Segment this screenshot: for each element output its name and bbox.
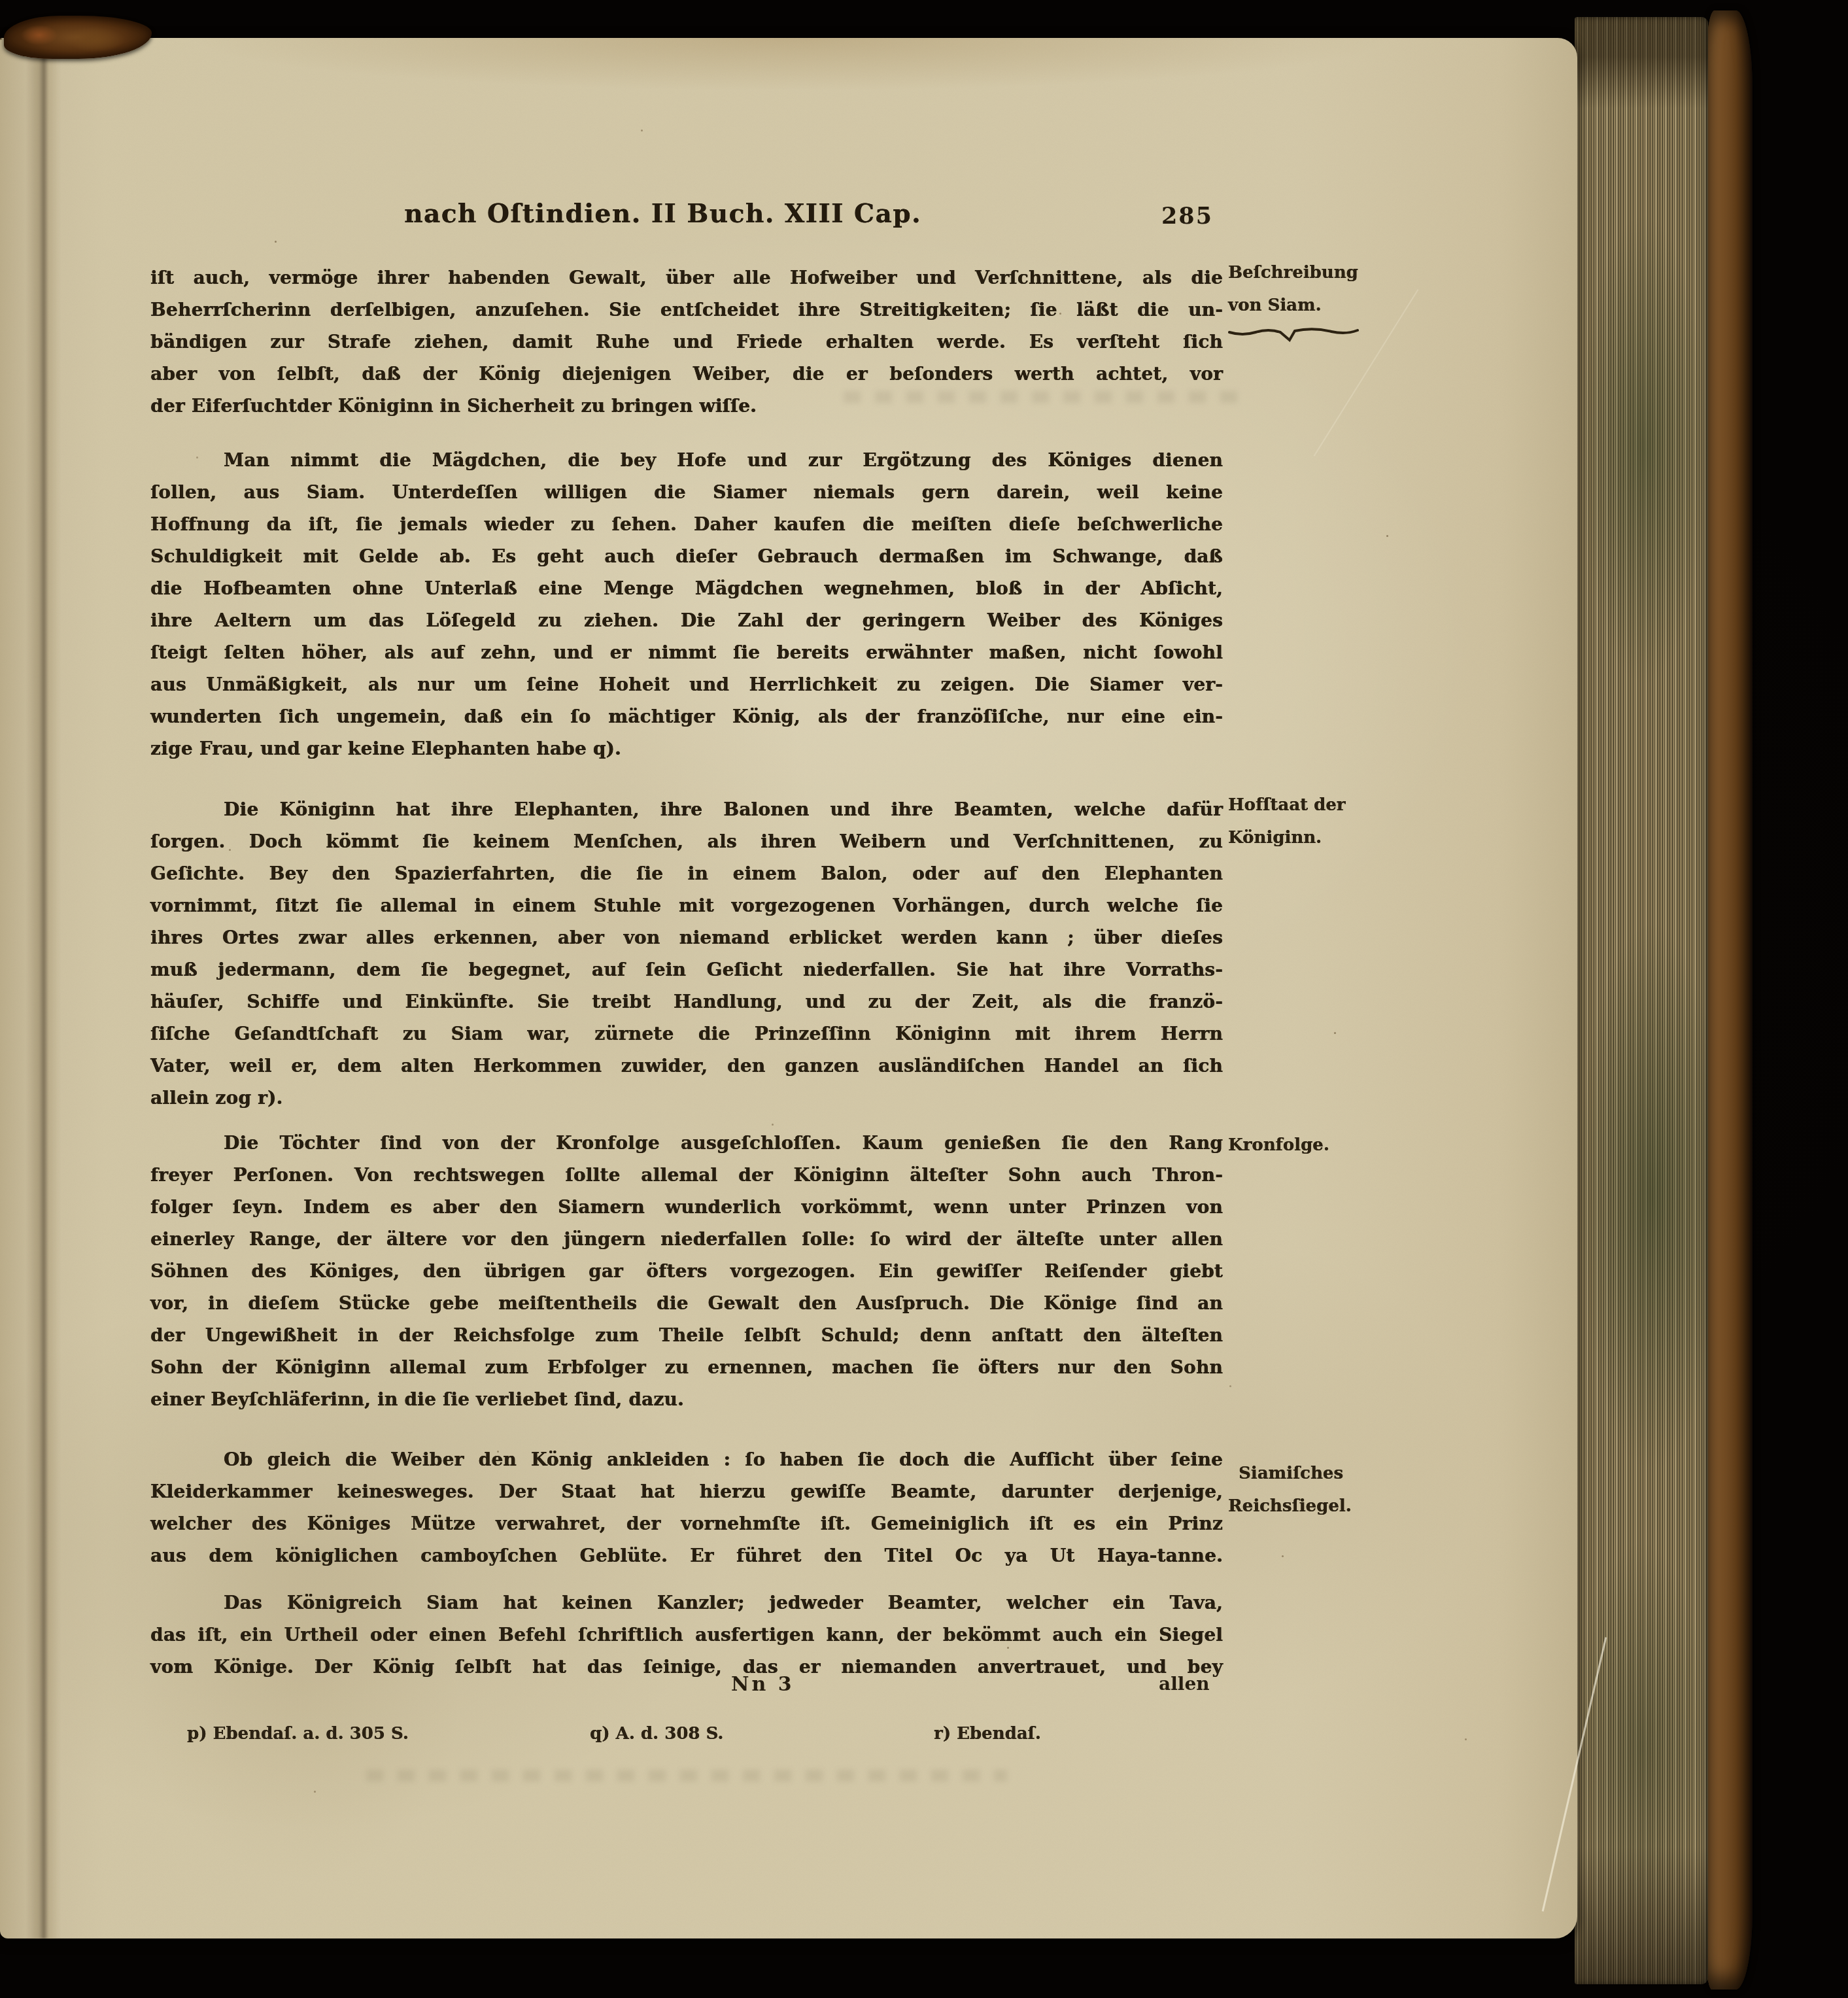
text-line: aus Unmäßigkeit, als nur um ſeine Hoheit… xyxy=(150,668,1223,700)
text-line: wunderten ſich ungemein, daß ein ſo mäch… xyxy=(150,700,1223,732)
text-line: vom Könige. Der König ſelbſt hat das ſei… xyxy=(150,1651,1223,1683)
text-line: freyer Perſonen. Von rechtswegen ſollte … xyxy=(150,1159,1223,1191)
text-line: allein zog r). xyxy=(150,1082,1223,1114)
catchword: allen xyxy=(1159,1673,1210,1695)
text-line: Die Königinn hat ihre Elephanten, ihre B… xyxy=(150,793,1223,825)
footnote: r) Ebendaſ. xyxy=(934,1724,1041,1744)
body-paragraph: Man nimmt die Mägdchen, die bey Hofe und… xyxy=(150,444,1223,765)
text-line: muß jedermann, dem ſie begegnet, auf ſei… xyxy=(150,954,1223,986)
flourish-underline xyxy=(1228,326,1359,343)
book-page: nach Oſtindien. II Buch. XIII Cap. 285 i… xyxy=(0,38,1577,1938)
text-line: der Ungewißheit in der Reichsfolge zum T… xyxy=(150,1319,1223,1351)
text-line: häuſer, Schiffe und Einkünfte. Sie treib… xyxy=(150,986,1223,1018)
text-line: aus dem königlichen camboyſchen Geblüte.… xyxy=(150,1540,1223,1572)
text-line: ſollen, aus Siam. Unterdeſſen willigen d… xyxy=(150,476,1223,508)
text-line: Die Töchter ſind von der Kronfolge ausge… xyxy=(150,1127,1223,1159)
text-line: einer Beyſchläferinn, in die ſie verlieb… xyxy=(150,1383,1223,1415)
text-line: das iſt, ein Urtheil oder einen Befehl ſ… xyxy=(150,1619,1223,1651)
margin-note-line: Kronfolge. xyxy=(1228,1129,1372,1162)
margin-note-line: Königinn. xyxy=(1228,821,1372,854)
text-line: Hoffnung da iſt, ſie jemals wieder zu ſe… xyxy=(150,508,1223,540)
text-line: aber von ſelbſt, daß der König diejenige… xyxy=(150,358,1223,390)
text-line: ſorgen. Doch kömmt ſie keinem Menſchen, … xyxy=(150,825,1223,857)
margin-note: Kronfolge. xyxy=(1228,1129,1372,1162)
text-line: Ob gleich die Weiber den König ankleiden… xyxy=(150,1443,1223,1475)
margin-note-line: Hofſtaat der xyxy=(1228,789,1372,821)
book-scan: nach Oſtindien. II Buch. XIII Cap. 285 i… xyxy=(0,0,1848,1998)
footnote: p) Ebendaſ. a. d. 305 S. xyxy=(187,1724,409,1744)
margin-note: Hofſtaat der Königinn. xyxy=(1228,789,1372,854)
margin-note-line: Reichsſiegel. xyxy=(1228,1490,1372,1523)
text-line: Sohn der Königinn allemal zum Erbfolger … xyxy=(150,1351,1223,1383)
text-line: Das Königreich Siam hat keinen Kanzler; … xyxy=(150,1587,1223,1619)
text-line: der Eiferſuchtder Königinn in Sicherheit… xyxy=(150,390,1223,422)
text-line: iſt auch, vermöge ihrer habenden Gewalt,… xyxy=(150,262,1223,294)
body-paragraph: iſt auch, vermöge ihrer habenden Gewalt,… xyxy=(150,262,1223,422)
text-line: bändigen zur Strafe ziehen, damit Ruhe u… xyxy=(150,326,1223,358)
text-line: Beherrſcherinn derſelbigen, anzuſehen. S… xyxy=(150,294,1223,326)
footnote: q) A. d. 308 S. xyxy=(590,1724,723,1744)
text-line: vor, in dieſem Stücke gebe meiſtentheils… xyxy=(150,1287,1223,1319)
text-line: ihres Ortes zwar alles erkennen, aber vo… xyxy=(150,921,1223,954)
margin-note: Siamiſches Reichsſiegel. xyxy=(1228,1457,1372,1523)
text-line: Geſichte. Bey den Spazierfahrten, die ſi… xyxy=(150,857,1223,889)
text-line: welcher des Königes Mütze verwahret, der… xyxy=(150,1507,1223,1540)
text-line: einerley Range, der ältere vor den jünge… xyxy=(150,1223,1223,1255)
body-paragraph: Ob gleich die Weiber den König ankleiden… xyxy=(150,1443,1223,1572)
text-line: ſiſche Geſandtſchaft zu Siam war, zürnet… xyxy=(150,1018,1223,1050)
body-paragraph: Die Töchter ſind von der Kronfolge ausge… xyxy=(150,1127,1223,1415)
text-line: ihre Aeltern um das Löſegeld zu ziehen. … xyxy=(150,604,1223,636)
margin-note-line: Siamiſches xyxy=(1228,1457,1372,1490)
text-line: Schuldigkeit mit Gelde ab. Es geht auch … xyxy=(150,540,1223,572)
text-line: ſteigt ſelten höher, als auf zehn, und e… xyxy=(150,636,1223,668)
text-line: Man nimmt die Mägdchen, die bey Hofe und… xyxy=(150,444,1223,476)
text-line: zige Frau, und gar keine Elephanten habe… xyxy=(150,732,1223,765)
text-line: Kleiderkammer keinesweges. Der Staat hat… xyxy=(150,1475,1223,1507)
margin-note-line: Beſchreibung xyxy=(1228,256,1372,289)
book-cover-edge xyxy=(1705,10,1753,1989)
signature-mark: Nn 3 xyxy=(731,1673,795,1696)
margin-note: Beſchreibung von Siam. xyxy=(1228,256,1372,343)
text-line: Söhnen des Königes, den übrigen gar öfte… xyxy=(150,1255,1223,1287)
text-line: vornimmt, ſitzt ſie allemal in einem Stu… xyxy=(150,889,1223,921)
body-paragraph: Die Königinn hat ihre Elephanten, ihre B… xyxy=(150,793,1223,1114)
text-line: Vater, weil er, dem alten Herkommen zuwi… xyxy=(150,1050,1223,1082)
margin-note-line: von Siam. xyxy=(1228,289,1372,322)
body-paragraph: Das Königreich Siam hat keinen Kanzler; … xyxy=(150,1587,1223,1683)
text-line: folger ſeyn. Indem es aber den Siamern w… xyxy=(150,1191,1223,1223)
text-line: die Hofbeamten ohne Unterlaß eine Menge … xyxy=(150,572,1223,604)
